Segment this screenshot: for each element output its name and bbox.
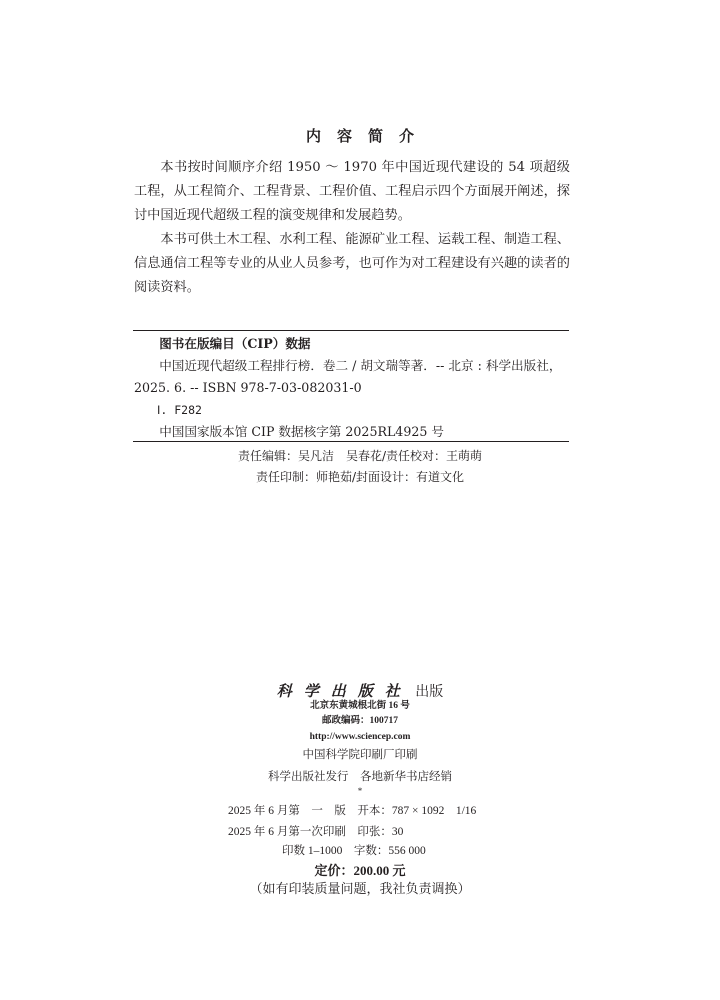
cip-record: 中国国家版本馆 CIP 数据核字第 2025RL4925 号 [134, 421, 570, 443]
credits-editors: 责任编辑：吴凡洁 吴春花/责任校对：王萌萌 [0, 446, 720, 467]
publisher-postcode: 邮政编码：100717 [0, 713, 720, 729]
price: 定价：200.00 元 [0, 860, 720, 879]
credits: 责任编辑：吴凡洁 吴春花/责任校对：王萌萌 责任印制：师艳茹/封面设计：有道文化 [0, 446, 720, 488]
cip-bottom-rule [133, 441, 569, 442]
cip-classification: Ⅰ. F282 [134, 399, 570, 421]
printing-info: 2025 年 6 月第一次印刷 印张：30 [228, 823, 403, 839]
credits-production: 责任印制：师艳茹/封面设计：有道文化 [0, 467, 720, 488]
separator-star: * [0, 786, 720, 796]
quality-notice: （如有印装质量问题，我社负责调换） [0, 878, 720, 897]
cip-top-rule [133, 330, 569, 331]
intro-paragraph-2-text: 本书可供土木工程、水利工程、能源矿业工程、运载工程、制造工程、信息通信工程等专业… [134, 228, 570, 300]
intro-title: 内容简介 [0, 125, 720, 146]
cip-entry: 中国近现代超级工程排行榜．卷二 / 胡文瑞等著．-- 北京 : 科学出版社，20… [134, 355, 570, 399]
distribution: 科学出版社发行 各地新华书店经销 [0, 768, 720, 784]
edition-info: 2025 年 6 月第 一 版 开本：787 × 1092 1/16 [228, 802, 476, 818]
publisher-url: http://www.sciencep.com [0, 729, 720, 745]
cip-body: 中国近现代超级工程排行榜．卷二 / 胡文瑞等著．-- 北京 : 科学出版社，20… [134, 355, 570, 443]
print-run-info: 印数 1–1000 字数：556 000 [282, 842, 426, 858]
publisher-address: 北京东黄城根北街 16 号 [0, 698, 720, 714]
intro-paragraph-2: 本书可供土木工程、水利工程、能源矿业工程、运载工程、制造工程、信息通信工程等专业… [134, 228, 570, 300]
intro-paragraph-1: 本书按时间顺序介绍 1950 ～ 1970 年中国近现代建设的 54 项超级工程… [134, 156, 570, 228]
intro-paragraph-1-text: 本书按时间顺序介绍 1950 ～ 1970 年中国近现代建设的 54 项超级工程… [134, 156, 570, 228]
printer: 中国科学院印刷厂印刷 [0, 746, 720, 762]
cip-title: 图书在版编目（CIP）数据 [134, 333, 595, 355]
